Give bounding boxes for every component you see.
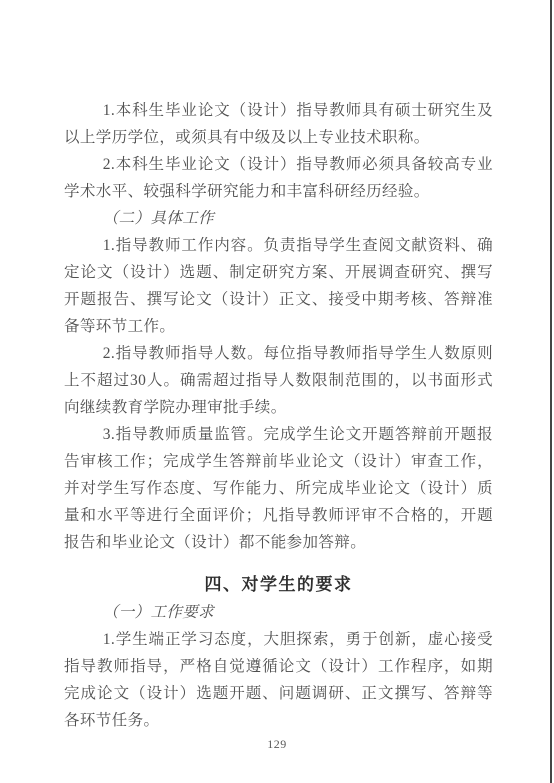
subheading-work-requirements: （一）工作要求 xyxy=(64,599,493,626)
paragraph-advisor-qualification-degree: 1.本科生毕业论文（设计）指导教师具有硕士研究生及以上学历学位，或须具有中级及以… xyxy=(64,97,493,151)
paragraph-advisor-student-quota: 2.指导教师指导人数。每位指导教师指导学生人数原则上不超过30人。确需超过指导人… xyxy=(64,340,493,421)
document-text-block: 1.本科生毕业论文（设计）指导教师具有硕士研究生及以上学历学位，或须具有中级及以… xyxy=(64,97,493,734)
paragraph-advisor-qualification-ability: 2.本科生毕业论文（设计）指导教师必须具备较高专业学术水平、较强科学研究能力和丰… xyxy=(64,151,493,205)
paragraph-student-attitude: 1.学生端正学习态度，大胆探索，勇于创新，虚心接受指导教师指导，严格自觉遵循论文… xyxy=(64,626,493,734)
section-heading-student-requirements: 四、对学生的要求 xyxy=(64,570,493,599)
paragraph-advisor-work-content: 1.指导教师工作内容。负责指导学生查阅文献资料、确定论文（设计）选题、制定研究方… xyxy=(64,232,493,340)
page-number: 129 xyxy=(0,737,554,752)
paragraph-advisor-quality-supervision: 3.指导教师质量监管。完成学生论文开题答辩前开题报告审核工作；完成学生答辩前毕业… xyxy=(64,421,493,556)
subheading-specific-work: （二）具体工作 xyxy=(64,205,493,232)
document-page: 1.本科生毕业论文（设计）指导教师具有硕士研究生及以上学历学位，或须具有中级及以… xyxy=(0,0,554,783)
scan-edge-line xyxy=(550,0,552,783)
